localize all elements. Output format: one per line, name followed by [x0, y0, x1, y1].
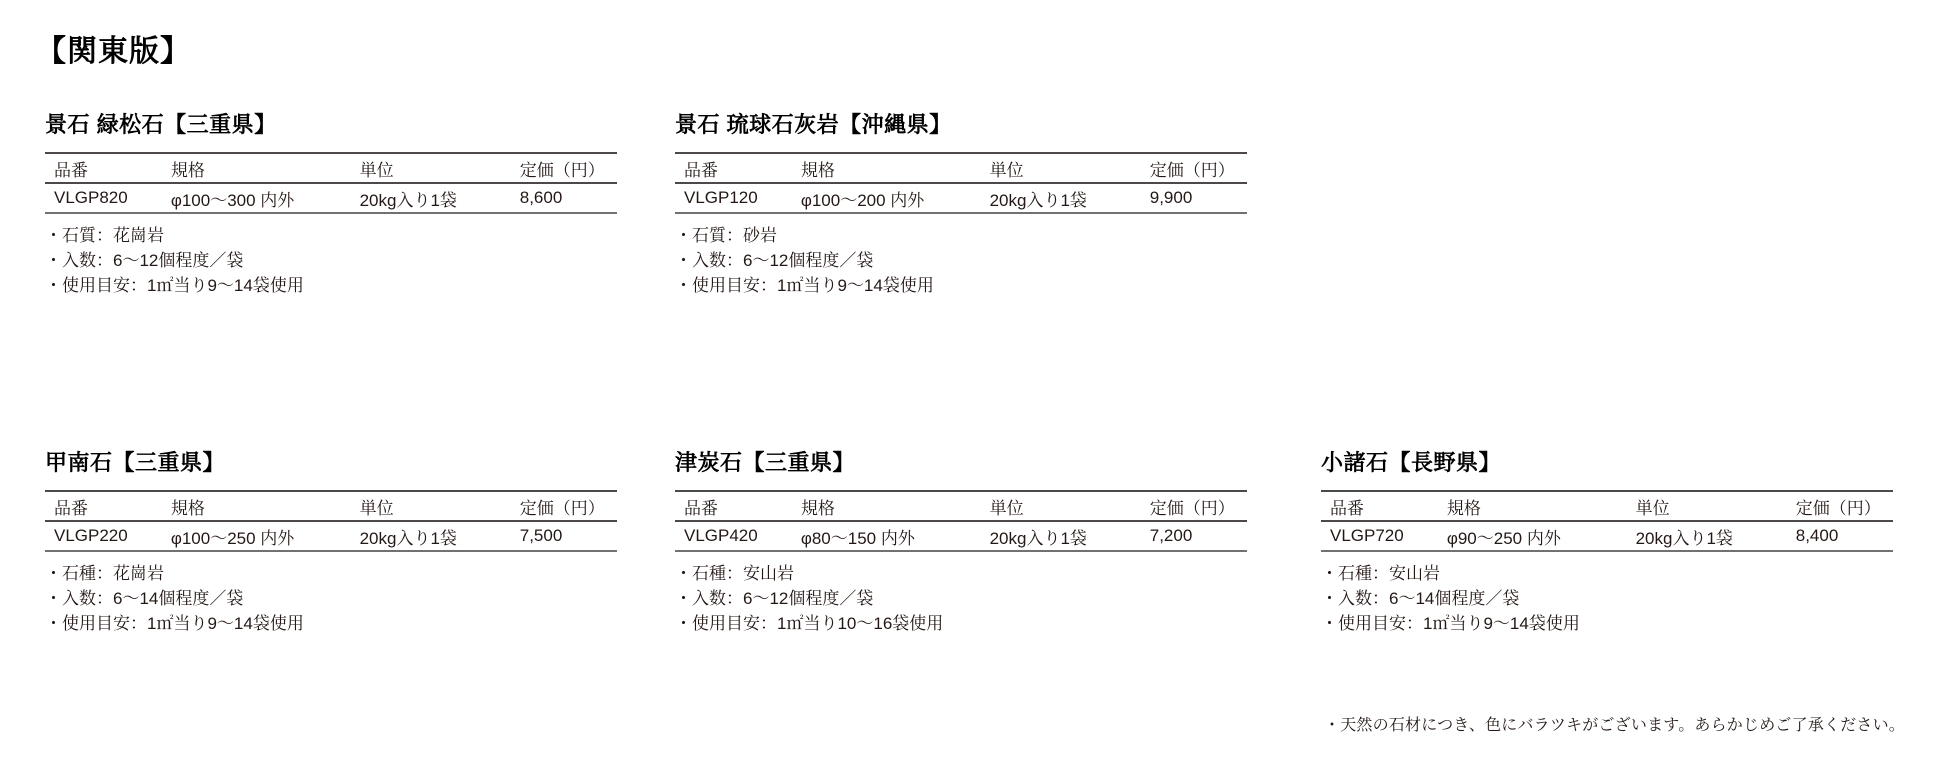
table-row: VLGP820 φ100〜300 内外 20kg入り1袋 8,600: [45, 183, 617, 213]
product-spec: φ100〜300 内外: [171, 183, 360, 213]
table-row: VLGP720 φ90〜250 内外 20kg入り1袋 8,400: [1321, 521, 1893, 551]
note-quantity: ・入数：6〜12個程度／袋: [45, 248, 617, 273]
product-title: 津炭石【三重県】: [675, 446, 1247, 477]
product-spec: φ90〜250 内外: [1447, 521, 1636, 551]
catalog-page: 【関東版】 景石 緑松石【三重県】 品番 規格 単位 定価（円） VLGP820: [0, 0, 1936, 780]
product-price: 8,600: [520, 183, 617, 213]
note-stone-type: ・石種：花崗岩: [45, 561, 617, 586]
price-table: 品番 規格 単位 定価（円） VLGP820 φ100〜300 内外 20kg入…: [45, 152, 617, 214]
product-card-komoroseki: 小諸石【長野県】 品番 規格 単位 定価（円） VLGP720 φ90〜250 …: [1321, 446, 1893, 636]
product-card-tsuzumiseki: 津炭石【三重県】 品番 規格 単位 定価（円） VLGP420 φ80〜150 …: [675, 446, 1247, 636]
product-card-ryukyu-sekkaigan: 景石 琉球石灰岩【沖縄県】 品番 規格 単位 定価（円） VLGP120 φ10…: [675, 108, 1247, 298]
table-header-row: 品番 規格 単位 定価（円）: [675, 153, 1247, 183]
product-notes: ・石種：安山岩 ・入数：6〜12個程度／袋 ・使用目安：1㎡当り10〜16袋使用: [675, 561, 1247, 636]
col-header-unit: 単位: [990, 153, 1150, 183]
product-code: VLGP720: [1321, 521, 1447, 551]
col-header-spec: 規格: [171, 491, 360, 521]
product-unit: 20kg入り1袋: [1636, 521, 1796, 551]
col-header-unit: 単位: [360, 153, 520, 183]
price-table: 品番 規格 単位 定価（円） VLGP220 φ100〜250 内外 20kg入…: [45, 490, 617, 552]
col-header-spec: 規格: [801, 491, 990, 521]
product-spec: φ80〜150 内外: [801, 521, 990, 551]
product-price: 8,400: [1796, 521, 1893, 551]
table-row: VLGP120 φ100〜200 内外 20kg入り1袋 9,900: [675, 183, 1247, 213]
col-header-code: 品番: [675, 153, 801, 183]
product-title: 景石 琉球石灰岩【沖縄県】: [675, 108, 1247, 139]
price-table: 品番 規格 単位 定価（円） VLGP720 φ90〜250 内外 20kg入り…: [1321, 490, 1893, 552]
col-header-spec: 規格: [171, 153, 360, 183]
product-price: 7,200: [1150, 521, 1247, 551]
product-notes: ・石質：花崗岩 ・入数：6〜12個程度／袋 ・使用目安：1㎡当り9〜14袋使用: [45, 223, 617, 298]
product-title: 小諸石【長野県】: [1321, 446, 1893, 477]
col-header-price: 定価（円）: [1796, 491, 1893, 521]
col-header-price: 定価（円）: [1150, 491, 1247, 521]
page-title: 【関東版】: [36, 26, 1906, 70]
product-unit: 20kg入り1袋: [360, 183, 520, 213]
product-title: 甲南石【三重県】: [45, 446, 617, 477]
col-header-code: 品番: [675, 491, 801, 521]
note-stone-type: ・石種：安山岩: [675, 561, 1247, 586]
col-header-unit: 単位: [360, 491, 520, 521]
col-header-code: 品番: [45, 153, 171, 183]
table-row: VLGP420 φ80〜150 内外 20kg入り1袋 7,200: [675, 521, 1247, 551]
product-price: 7,500: [520, 521, 617, 551]
table-header-row: 品番 規格 単位 定価（円）: [1321, 491, 1893, 521]
note-usage: ・使用目安：1㎡当り9〜14袋使用: [45, 611, 617, 636]
product-spec: φ100〜200 内外: [801, 183, 990, 213]
note-stone-type: ・石種：安山岩: [1321, 561, 1893, 586]
product-unit: 20kg入り1袋: [990, 521, 1150, 551]
col-header-spec: 規格: [801, 153, 990, 183]
table-header-row: 品番 規格 単位 定価（円）: [675, 491, 1247, 521]
product-code: VLGP120: [675, 183, 801, 213]
product-unit: 20kg入り1袋: [990, 183, 1150, 213]
product-card-ryokushoseki: 景石 緑松石【三重県】 品番 規格 単位 定価（円） VLGP820 φ100〜…: [45, 108, 617, 298]
note-stone-type: ・石質：花崗岩: [45, 223, 617, 248]
product-unit: 20kg入り1袋: [360, 521, 520, 551]
product-notes: ・石種：花崗岩 ・入数：6〜14個程度／袋 ・使用目安：1㎡当り9〜14袋使用: [45, 561, 617, 636]
note-quantity: ・入数：6〜14個程度／袋: [1321, 586, 1893, 611]
product-card-konanseki: 甲南石【三重県】 品番 規格 単位 定価（円） VLGP220 φ100〜250…: [45, 446, 617, 636]
product-spec: φ100〜250 内外: [171, 521, 360, 551]
price-table: 品番 規格 単位 定価（円） VLGP420 φ80〜150 内外 20kg入り…: [675, 490, 1247, 552]
note-quantity: ・入数：6〜12個程度／袋: [675, 248, 1247, 273]
product-code: VLGP420: [675, 521, 801, 551]
note-stone-type: ・石質：砂岩: [675, 223, 1247, 248]
note-usage: ・使用目安：1㎡当り9〜14袋使用: [675, 273, 1247, 298]
col-header-unit: 単位: [990, 491, 1150, 521]
note-usage: ・使用目安：1㎡当り9〜14袋使用: [45, 273, 617, 298]
product-notes: ・石種：安山岩 ・入数：6〜14個程度／袋 ・使用目安：1㎡当り9〜14袋使用: [1321, 561, 1893, 636]
product-notes: ・石質：砂岩 ・入数：6〜12個程度／袋 ・使用目安：1㎡当り9〜14袋使用: [675, 223, 1247, 298]
footer-note: ・天然の石材につき、色にバラツキがございます。あらかじめご了承ください。: [1324, 712, 1905, 735]
table-header-row: 品番 規格 単位 定価（円）: [45, 153, 617, 183]
product-price: 9,900: [1150, 183, 1247, 213]
col-header-code: 品番: [45, 491, 171, 521]
product-code: VLGP220: [45, 521, 171, 551]
note-usage: ・使用目安：1㎡当り9〜14袋使用: [1321, 611, 1893, 636]
table-row: VLGP220 φ100〜250 内外 20kg入り1袋 7,500: [45, 521, 617, 551]
note-quantity: ・入数：6〜14個程度／袋: [45, 586, 617, 611]
col-header-price: 定価（円）: [520, 153, 617, 183]
note-usage: ・使用目安：1㎡当り10〜16袋使用: [675, 611, 1247, 636]
product-grid: 景石 緑松石【三重県】 品番 規格 単位 定価（円） VLGP820 φ100〜…: [45, 108, 1906, 636]
col-header-price: 定価（円）: [520, 491, 617, 521]
table-header-row: 品番 規格 単位 定価（円）: [45, 491, 617, 521]
col-header-spec: 規格: [1447, 491, 1636, 521]
note-quantity: ・入数：6〜12個程度／袋: [675, 586, 1247, 611]
col-header-code: 品番: [1321, 491, 1447, 521]
price-table: 品番 規格 単位 定価（円） VLGP120 φ100〜200 内外 20kg入…: [675, 152, 1247, 214]
product-code: VLGP820: [45, 183, 171, 213]
product-title: 景石 緑松石【三重県】: [45, 108, 617, 139]
col-header-unit: 単位: [1636, 491, 1796, 521]
col-header-price: 定価（円）: [1150, 153, 1247, 183]
